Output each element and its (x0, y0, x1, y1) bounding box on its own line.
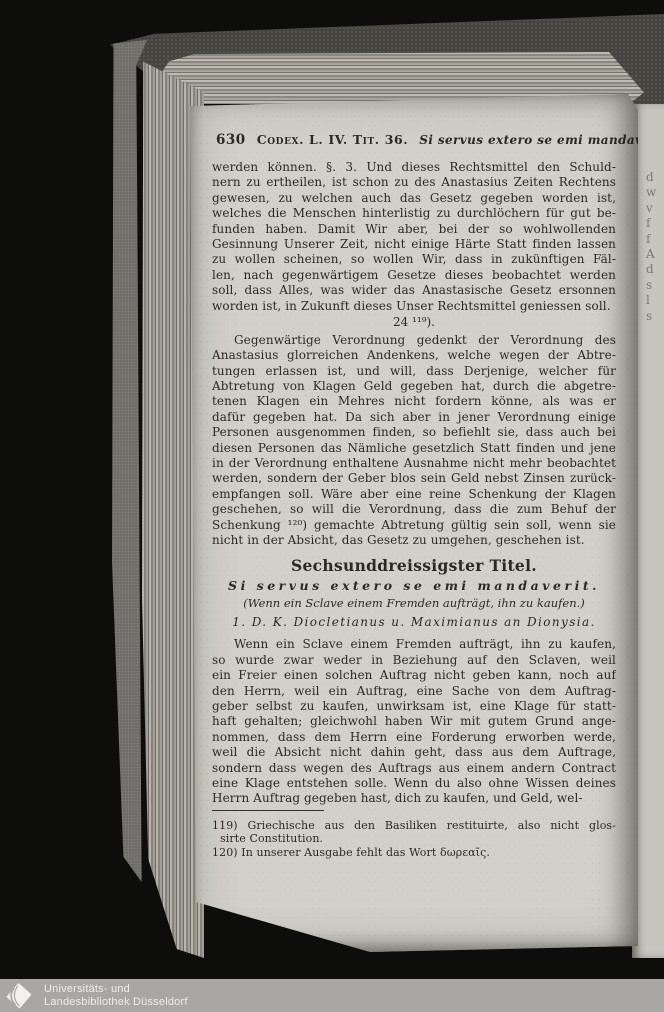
paragraph-continuation: werden können. §. 3. Und dieses Rechtsmi… (212, 160, 616, 314)
text-line: d (646, 262, 656, 277)
text-line: sirte Constitution. (212, 832, 616, 846)
footnote-separator-rule (212, 810, 324, 811)
text-line: A (646, 247, 656, 262)
text-line: werden, sondern der Geber blos sein Geld… (212, 471, 616, 486)
text-line: nicht in der Absicht, das Gesetz zu umge… (212, 533, 616, 548)
text-line: 120) In unserer Ausgabe fehlt das Wort δ… (212, 846, 616, 860)
text-line: Anastasius glorreichen Andenkens, welche… (212, 348, 616, 363)
text-line: zu wollen scheinen, so wollen Wir, dass … (212, 252, 616, 267)
text-line: soll, dass Alles, was wider das Anastasi… (212, 283, 616, 298)
text-line: in der Verordnung enthaltene Ausnahme ni… (212, 456, 616, 471)
text-line: Gesinnung Unserer Zeit, nicht einige Här… (212, 237, 616, 252)
section-rubric: 1. D. K. Diocletianus u. Maximianus an D… (212, 613, 616, 631)
text-column: 630 Codex. L. IV. Tit. 36. Si servus ext… (212, 132, 616, 859)
paragraph-verordnung: Gegenwärtige Verordnung gedenkt der Vero… (212, 333, 616, 548)
text-line: d (646, 170, 656, 185)
library-footer-bar: Universitäts- und Landesbibliothek Düsse… (0, 979, 664, 1012)
library-name-line2: Landesbibliothek Düsseldorf (44, 996, 188, 1009)
text-line: nommen, dass dem Herrn eine Forderung er… (212, 730, 616, 745)
text-line: Personen ausgenommen finden, so befiehlt… (212, 425, 616, 440)
ulb-duesseldorf-logo-icon (5, 982, 33, 1010)
paragraph-law-text: Wenn ein Sclave einem Fremden aufträgt, … (212, 637, 616, 806)
text-line: v (646, 201, 656, 216)
library-name: Universitäts- und Landesbibliothek Düsse… (44, 983, 188, 1009)
text-line: nern zu ertheilen, ist schon zu des Anas… (212, 175, 616, 190)
footnote-119: 119) Griechische aus den Basiliken resti… (212, 819, 616, 846)
text-line: Wenn ein Sclave einem Fremden aufträgt, … (212, 637, 616, 652)
scanned-book-page: 630 Codex. L. IV. Tit. 36. Si servus ext… (190, 94, 638, 952)
text-line: dafür gegeben hat. Da sich aber in jener… (212, 410, 616, 425)
facing-page-text-fragments: dwvffAdsls (646, 170, 656, 324)
text-line: s (646, 309, 656, 324)
text-line: Gegenwärtige Verordnung gedenkt der Vero… (212, 333, 616, 348)
text-line: diesen Personen das Nämliche gesetzlich … (212, 441, 616, 456)
header-work-citation: Codex. L. IV. Tit. 36. (257, 132, 409, 147)
text-line: ein Freier einen solchen Auftrag nicht g… (212, 668, 616, 683)
text-line: funden haben. Damit Wir aber, bei der so… (212, 222, 616, 237)
text-line: welches die Menschen hinterlistig zu dur… (212, 206, 616, 221)
text-line: eine Klage entstehen solle. Wenn du also… (212, 776, 616, 791)
text-line: 119) Griechische aus den Basiliken resti… (212, 819, 616, 833)
text-line: den Herrn, weil ein Auftrag, eine Sache … (212, 684, 616, 699)
text-line: werden können. §. 3. Und dieses Rechtsmi… (212, 160, 616, 175)
footnote-120: 120) In unserer Ausgabe fehlt das Wort δ… (212, 846, 616, 860)
page-number: 630 (216, 132, 246, 148)
text-line: l (646, 293, 656, 308)
text-line: geber selbst zu kaufen, unwirksam ist, e… (212, 699, 616, 714)
text-line: gewesen, zu welchen auch das Gesetz gege… (212, 191, 616, 206)
header-latin-title: Si servus extero se emi mandaverit. (419, 133, 664, 147)
text-line: geschehen, so will die Verordnung, dass … (212, 502, 616, 517)
section-number-with-footnote-ref: 24 ¹¹⁹). (212, 315, 616, 330)
text-line: s (646, 278, 656, 293)
running-header: 630 Codex. L. IV. Tit. 36. Si servus ext… (212, 132, 616, 148)
text-line: f (646, 216, 656, 231)
text-line: tenen Klagen ein Mehres nicht fordern kö… (212, 394, 616, 409)
section-latin-title: Si servus extero se emi mandaverit. (212, 576, 616, 595)
text-line: weil die Absicht nicht dahin geht, dass … (212, 745, 616, 760)
text-line: empfangen soll. Wäre aber eine reine Sch… (212, 487, 616, 502)
text-line: Herrn Auftrag gegeben hast, dich zu kauf… (212, 791, 616, 806)
section-german-translation: (Wenn ein Sclave einem Fremden aufträgt,… (212, 595, 616, 611)
text-line: w (646, 185, 656, 200)
text-line: tungen erlassen ist, und will, dass Derj… (212, 364, 616, 379)
text-line: f (646, 232, 656, 247)
text-line: haft gehalten; gleichwohl haben Wir mit … (212, 714, 616, 729)
text-line: sondern dass wegen des Auftrags aus eine… (212, 761, 616, 776)
text-line: len, nach gegenwärtigem Gesetze dieses b… (212, 268, 616, 283)
text-line: Schenkung ¹²⁰) gemachte Abtretung gültig… (212, 518, 616, 533)
text-line: Abtretung von Klagen Geld gegeben hat, d… (212, 379, 616, 394)
text-line: so wurde zwar weder in Beziehung auf den… (212, 653, 616, 668)
footnotes-block: 119) Griechische aus den Basiliken resti… (212, 819, 616, 860)
library-name-line1: Universitäts- und (44, 983, 188, 996)
text-line: worden ist, in Zukunft dieses Unser Rech… (212, 299, 616, 314)
section-title: Sechsunddreissigster Titel. (212, 555, 616, 576)
